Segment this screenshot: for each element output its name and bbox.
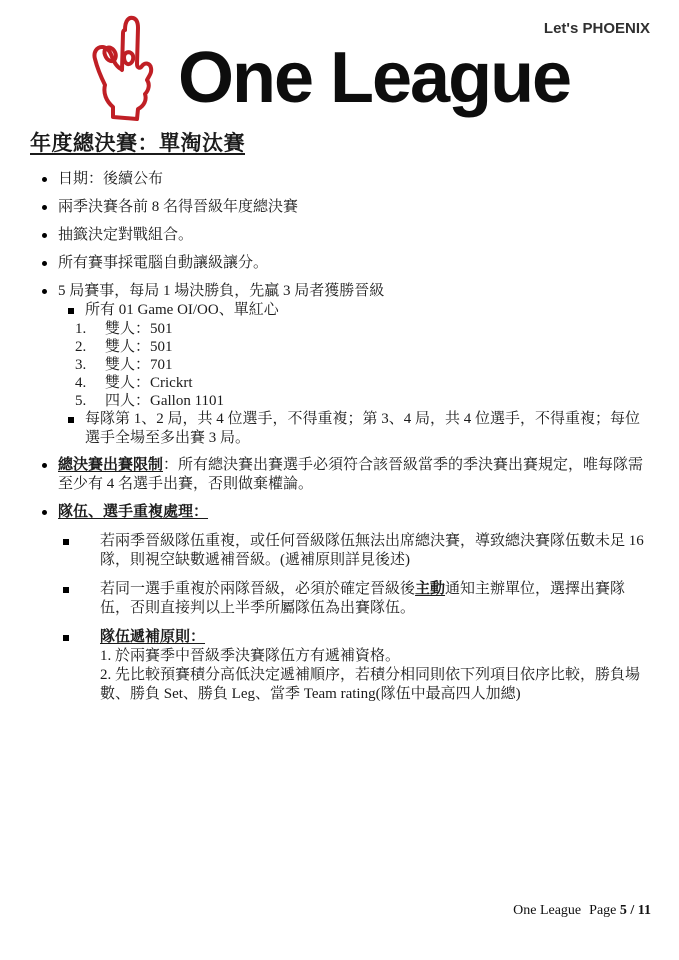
substitute-rule-label: 隊伍遞補原則： — [100, 628, 654, 647]
game-row: 2. 雙人：501 — [30, 338, 654, 356]
substitute-rule-1: 1. 於兩賽季中晉級季決賽隊伍方有遞補資格。 — [100, 647, 654, 666]
list-item-duplicate-handling: 隊伍、選手重複處理： — [30, 503, 654, 522]
list-item-handicap: 所有賽事採電腦自動讓級讓分。 — [30, 254, 654, 273]
list-item-draw: 抽籤決定對戰組合。 — [30, 226, 654, 245]
game-row: 5. 四人：Gallon 1101 — [30, 392, 654, 410]
game-text: 雙人：701 — [105, 357, 173, 373]
sub-item-duplicate-player: 若同一選手重複於兩隊晉級，必須於確定晉級後主動通知主辦單位，選擇出賽隊伍，否則直… — [30, 580, 654, 618]
game-number: 4. — [75, 374, 86, 392]
page-footer: One LeaguePage 5 / 11 — [513, 903, 651, 919]
footer-page-number: 5 / 11 — [620, 903, 651, 918]
duplicate-handling-label: 隊伍、選手重複處理： — [58, 504, 208, 520]
game-row: 4. 雙人：Crickrt — [30, 374, 654, 392]
footer-page-label: Page — [589, 903, 616, 918]
substitute-rule-2: 2. 先比較預賽積分高低決定遞補順序，若積分相同則依下列項目依序比較，勝負場數、… — [100, 666, 654, 704]
sub-item-lineup-rule: 每隊第 1、2 局，共 4 位選手，不得重複；第 3、4 局，共 4 位選手，不… — [30, 410, 654, 448]
list-item-qualify: 兩季決賽各前 8 名得晉級年度總決賽 — [30, 198, 654, 217]
duplicate-player-text: 若同一選手重複於兩隊晉級，必須於確定晉級後 — [100, 581, 415, 597]
game-row: 1. 雙人：501 — [30, 320, 654, 338]
logo: One League — [84, 12, 570, 124]
game-number: 5. — [75, 392, 86, 410]
footer-doc-name: One League — [513, 903, 581, 918]
game-number: 2. — [75, 338, 86, 356]
duplicate-player-emphasis: 主動 — [415, 581, 445, 597]
rules-list: 日期：後續公布 兩季決賽各前 8 名得晉級年度總決賽 抽籤決定對戰組合。 所有賽… — [30, 170, 654, 704]
sub-item-games: 所有 01 Game OI/OO、單紅心 — [30, 301, 654, 320]
sub-item-duplicate-team: 若兩季晉級隊伍重複，或任何晉級隊伍無法出席總決賽，導致總決賽隊伍數未足 16 隊… — [30, 532, 654, 570]
list-item-date: 日期：後續公布 — [30, 170, 654, 189]
sub-item-substitute-rule: 隊伍遞補原則： 1. 於兩賽季中晉級季決賽隊伍方有遞補資格。 2. 先比較預賽積… — [30, 628, 654, 704]
game-row: 3. 雙人：701 — [30, 356, 654, 374]
game-text: 雙人：501 — [105, 339, 173, 355]
game-text: 雙人：Crickrt — [105, 375, 193, 391]
logo-wordmark: One League — [178, 42, 570, 114]
game-number: 1. — [75, 320, 86, 338]
pointing-hand-icon — [84, 12, 172, 124]
page-title: 年度總決賽：單淘汰賽 — [30, 127, 245, 157]
game-text: 雙人：501 — [105, 321, 173, 337]
list-item-entry-limit: 總決賽出賽限制：所有總決賽出賽選手必須符合該晉級當季的季決賽出賽規定，唯每隊需至… — [30, 456, 654, 494]
list-item-format: 5 局賽事，每局 1 場決勝負，先贏 3 局者獲勝晉級 — [30, 282, 654, 301]
entry-limit-label: 總決賽出賽限制 — [58, 457, 163, 473]
document-page: Let's PHOENIX One League 年度總決賽：單淘汰賽 日期：後… — [0, 0, 679, 960]
game-number: 3. — [75, 356, 86, 374]
game-text: 四人：Gallon 1101 — [105, 393, 224, 409]
